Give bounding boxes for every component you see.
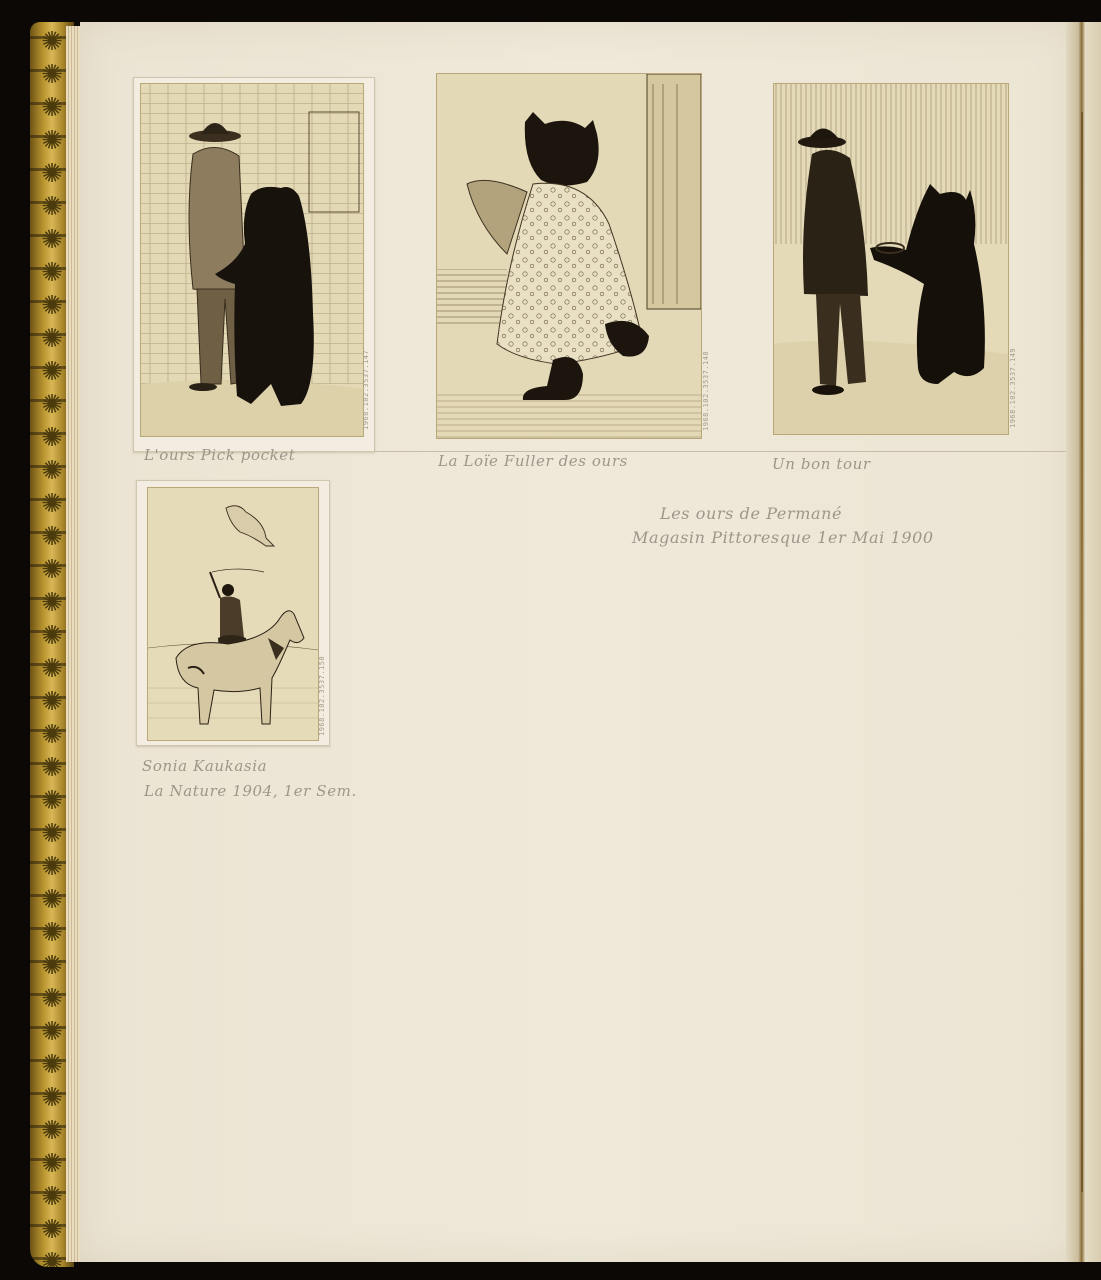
inventory-number: 1968.102.3537.149 (1009, 348, 1017, 428)
source-note-publication: Magasin Pittoresque 1er Mai 1900 (632, 528, 934, 547)
inventory-number: 1968.102.3537.147 (362, 350, 370, 430)
illustration-mount-pick-pocket: 1968.102.3537.147 (133, 77, 375, 452)
inventory-number: 1968.102.3537.148 (702, 351, 710, 431)
binding-gutter (1066, 22, 1101, 1262)
caption-sonia-source: La Nature 1904, 1er Sem. (144, 782, 357, 800)
inventory-number: 1968.102.3537.150 (318, 656, 326, 736)
star-ornament-icon: ✺ (41, 884, 63, 917)
star-ornament-icon: ✺ (41, 719, 63, 752)
star-ornament-icon: ✺ (41, 1148, 63, 1181)
star-ornament-icon: ✺ (41, 1181, 63, 1214)
star-ornament-icon: ✺ (41, 785, 63, 818)
star-ornament-icon: ✺ (41, 554, 63, 587)
illustration-mount-sonia-kaukasia: 1968.102.3537.150 (136, 480, 330, 746)
star-ornament-icon: ✺ (41, 1115, 63, 1148)
star-ornament-icon: ✺ (41, 191, 63, 224)
star-ornament-icon: ✺ (41, 488, 63, 521)
caption-loie-fuller: La Loïe Fuller des ours (438, 452, 628, 470)
illustration-bon-tour[interactable] (773, 83, 1009, 435)
source-note-title: Les ours de Permané (660, 504, 842, 523)
illustration-mount-bon-tour: 1968.102.3537.149 (768, 78, 1032, 438)
star-ornament-icon: ✺ (41, 950, 63, 983)
bear-horn-drawing-icon (774, 84, 1008, 434)
star-ornament-icon: ✺ (41, 620, 63, 653)
star-ornament-icon: ✺ (41, 125, 63, 158)
star-ornament-icon: ✺ (41, 224, 63, 257)
star-ornament-icon: ✺ (41, 686, 63, 719)
star-ornament-icon: ✺ (41, 983, 63, 1016)
illustration-pick-pocket[interactable] (140, 83, 364, 437)
caption-sonia-kaukasia: Sonia Kaukasia (142, 757, 267, 775)
star-ornament-icon: ✺ (41, 422, 63, 455)
star-ornament-icon: ✺ (41, 1247, 63, 1267)
star-ornament-icon: ✺ (41, 1214, 63, 1247)
caption-bon-tour: Un bon tour (772, 455, 871, 473)
star-ornament-icon: ✺ (41, 92, 63, 125)
illustration-mount-loie-fuller: 1968.102.3537.148 (430, 68, 715, 441)
star-ornament-icon: ✺ (41, 653, 63, 686)
star-ornament-icon: ✺ (41, 917, 63, 950)
star-ornament-icon: ✺ (41, 1082, 63, 1115)
star-ornament-icon: ✺ (41, 521, 63, 554)
caption-pick-pocket: L'ours Pick pocket (144, 446, 295, 464)
star-ornament-icon: ✺ (41, 851, 63, 884)
star-ornament-icon: ✺ (41, 257, 63, 290)
album-page: 1968.102.3537.147 L'ours Pick pocket (80, 22, 1076, 1262)
illustration-loie-fuller[interactable] (436, 73, 702, 439)
star-ornament-icon: ✺ (41, 587, 63, 620)
star-ornament-icon: ✺ (41, 158, 63, 191)
bear-dancer-drawing-icon (437, 74, 701, 438)
bear-pickpocket-drawing-icon (141, 84, 363, 436)
illustration-sonia-kaukasia[interactable] (147, 487, 319, 741)
star-ornament-icon: ✺ (41, 752, 63, 785)
star-ornament-icon: ✺ (41, 59, 63, 92)
star-ornament-icon: ✺ (41, 455, 63, 488)
star-ornament-icon: ✺ (41, 818, 63, 851)
horse-rider-drawing-icon (148, 488, 318, 740)
star-ornament-icon: ✺ (41, 1049, 63, 1082)
star-ornament-icon: ✺ (41, 1016, 63, 1049)
star-ornament-icon: ✺ (41, 356, 63, 389)
star-ornament-icon: ✺ (41, 323, 63, 356)
binding-thread (1081, 112, 1083, 1192)
star-ornament-icon: ✺ (41, 26, 63, 59)
star-ornament-icon: ✺ (41, 290, 63, 323)
star-ornament-icon: ✺ (41, 389, 63, 422)
